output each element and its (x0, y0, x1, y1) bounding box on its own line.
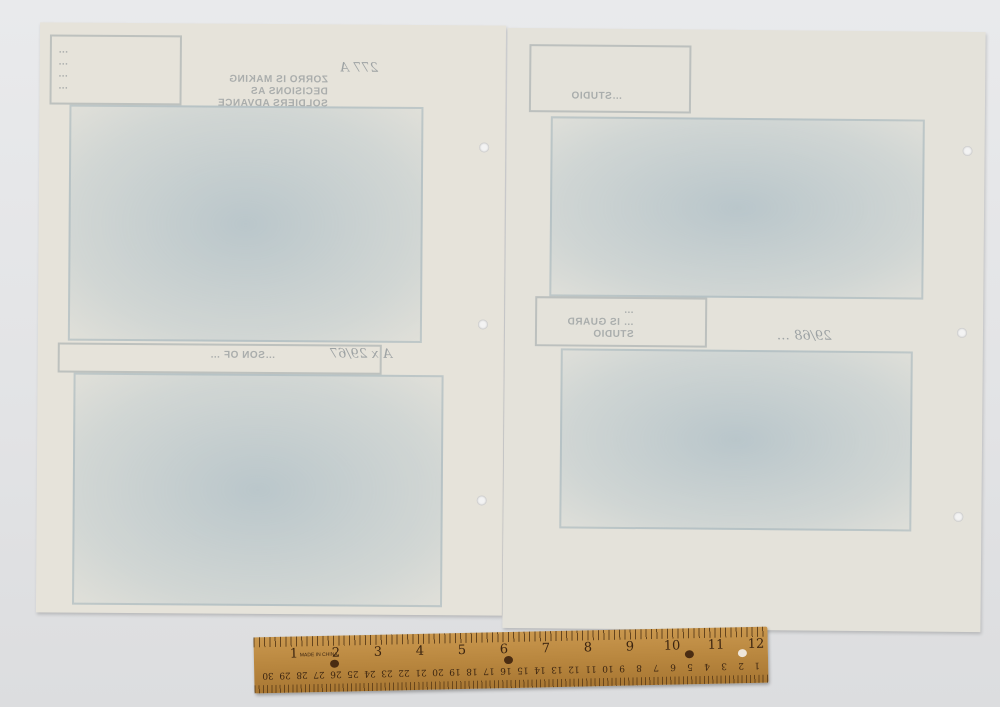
cm-label: 10 (602, 663, 614, 673)
cm-label: 12 (568, 664, 580, 674)
inch-label: 6 (500, 642, 509, 657)
cm-label: 27 (313, 669, 325, 679)
inch-label: 8 (584, 640, 593, 655)
cm-label: 7 (653, 662, 659, 672)
inch-label: 1 (290, 646, 299, 661)
inch-label: 9 (626, 639, 635, 654)
cm-label: 20 (432, 666, 444, 676)
ruler-hole (738, 649, 747, 657)
caption-text: … … IS GUARD STUDIO (567, 304, 634, 341)
ruler-hole (685, 650, 694, 658)
binder-hole (963, 146, 973, 156)
caption-text: …SON OF … (210, 350, 276, 362)
handwritten-note: 277 A (340, 60, 378, 75)
right-sheet: …STUDIO … … IS GUARD STUDIO 29/68 … (502, 28, 985, 632)
cm-label: 3 (721, 660, 727, 670)
cm-label: 6 (670, 662, 676, 672)
inch-label: 2 (332, 646, 341, 661)
ruler-hole (504, 656, 513, 664)
binder-hole (957, 328, 967, 338)
cm-label: 22 (398, 667, 410, 677)
cm-label: 4 (704, 661, 710, 671)
handwritten-note: A x 29/67 (330, 346, 393, 361)
ruler-hole (330, 660, 339, 668)
caption-box-top: …STUDIO (529, 44, 692, 113)
cm-label: 14 (534, 664, 546, 674)
art-panel-top (68, 105, 424, 343)
cm-label: 26 (330, 669, 342, 679)
cm-label: 23 (381, 667, 393, 677)
cm-label: 9 (619, 663, 625, 673)
cm-label: 13 (551, 664, 563, 674)
cm-label: 29 (279, 670, 291, 680)
art-panel-bottom (72, 373, 444, 608)
cm-label: 11 (585, 663, 597, 673)
cm-label: 28 (296, 669, 308, 679)
cm-label: 24 (364, 668, 376, 678)
cm-label: 25 (347, 668, 359, 678)
handwritten-note: 29/68 … (777, 328, 832, 343)
binder-hole (478, 319, 488, 329)
cm-label: 1 (754, 660, 760, 670)
inch-ticks (253, 627, 767, 648)
cm-label: 16 (500, 665, 512, 675)
binder-hole (479, 142, 489, 152)
caption-text: … … … … (58, 45, 69, 93)
inch-label: 7 (542, 641, 551, 656)
inch-label: 12 (748, 637, 765, 652)
binder-hole (953, 512, 963, 522)
inch-label: 5 (458, 643, 467, 658)
wooden-ruler: MADE IN CHINA 1 2 3 4 5 6 7 8 9 10 11 12… (253, 627, 768, 694)
inch-label: 10 (664, 638, 681, 653)
caption-box-middle: … … IS GUARD STUDIO (535, 296, 707, 347)
inch-label: 11 (708, 638, 725, 653)
cm-label: 19 (449, 666, 461, 676)
binder-hole (477, 495, 487, 505)
cm-label: 15 (517, 665, 529, 675)
cm-label: 2 (738, 660, 744, 670)
caption-text: …STUDIO (571, 90, 622, 102)
inch-label: 4 (416, 644, 425, 659)
cm-label: 18 (466, 666, 478, 676)
art-panel-bottom (559, 348, 913, 531)
cm-label: 21 (415, 667, 427, 677)
art-panel-top (549, 116, 925, 299)
cm-label: 30 (262, 670, 274, 680)
cm-label: 8 (636, 662, 642, 672)
inch-label: 3 (374, 645, 383, 660)
caption-box-top-left: … … … … (49, 34, 181, 105)
cm-label: 5 (687, 661, 693, 671)
left-sheet: … … … … ZORRO IS MAKING DECISIONS AS SOL… (36, 22, 506, 615)
cm-label: 17 (483, 665, 495, 675)
